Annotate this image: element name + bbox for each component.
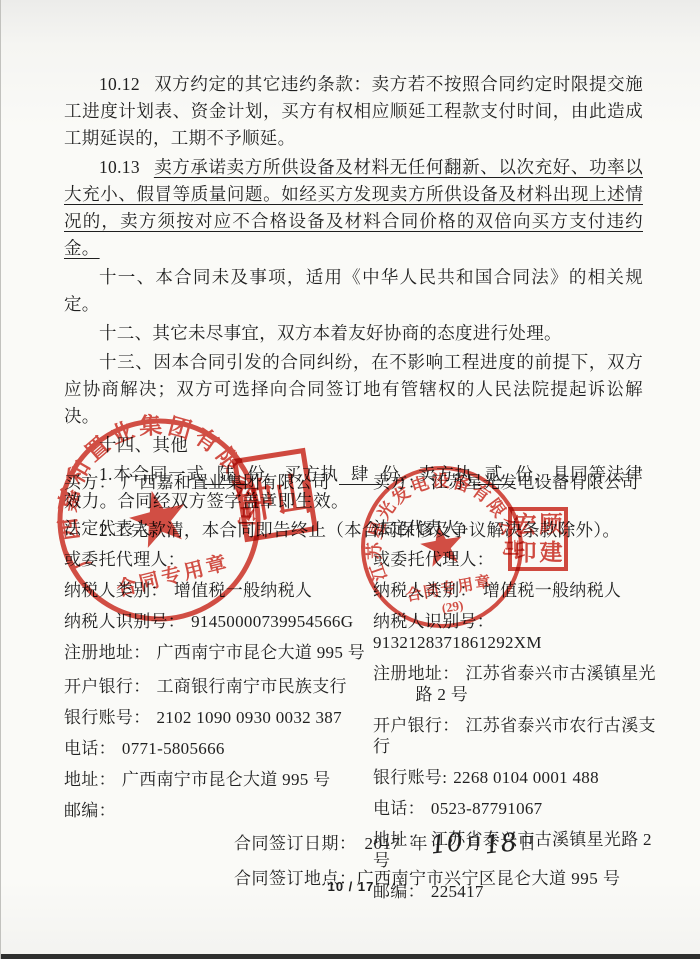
buyer-registered-address-row: 注册地址：广西南宁市昆仑大道 995 号 (64, 642, 373, 663)
seller-phone-row: 电话：0523-87791067 (373, 798, 663, 819)
field-label: 开户银行： (373, 716, 460, 735)
field-label: 银行账号： (64, 708, 151, 727)
field-label: 电话： (373, 799, 425, 818)
seal-char: 印 (512, 540, 538, 566)
buyer-phone-row: 电话：0771-5805666 (64, 738, 373, 759)
handwritten-day: 18 (483, 827, 519, 859)
seal-company-text: 江苏星光发电设备有限公司 (351, 458, 523, 585)
month-char: 月 (465, 834, 483, 853)
field-value: 广西南宁市昆仑大道 995 号 (157, 643, 366, 662)
buyer-bank-account: 2102 1090 0930 0032 387 (157, 708, 342, 727)
field-label: 注册地址： (373, 664, 460, 683)
seller-phone: 0523-87791067 (431, 799, 543, 818)
clause-10-13: 10.13卖方承诺卖方所供设备及材料无任何翻新、以次充好、功率以大充小、假冒等质… (64, 154, 643, 262)
clause-11: 十一、本合同未及事项，适用《中华人民共和国合同法》的相关规定。 (64, 264, 643, 318)
svg-text:江苏星光发电设备有限公司: 江苏星光发电设备有限公司 (351, 458, 523, 585)
seller-bank-account: 2268 0104 0001 488 (453, 768, 599, 787)
seal-star-icon (418, 522, 466, 568)
seller-name-seal: 宏 顾 印 建 (508, 507, 568, 571)
buyer-postcode-row: 邮编： (64, 800, 373, 821)
buyer-address-row: 地址：广西南宁市昆仑大道 995 号 (64, 769, 373, 790)
contract-page: 10.12双方约定的其它违约条款：卖方若不按照合同约定时限提交施工进度计划表、资… (0, 0, 700, 959)
buyer-bank-row: 开户银行：工商银行南宁市民族支行 (64, 676, 373, 697)
field-label: 银行账号: (373, 768, 447, 787)
field-value: 广西南宁市昆仑大道 995 号 (122, 770, 331, 789)
clause-number: 10.12 (99, 74, 140, 94)
seller-account-row: 银行账号:2268 0104 0001 488 (373, 767, 663, 788)
sign-date-line: 合同签订日期：2017年10月18日 (234, 826, 621, 855)
seal-char: 顾 (538, 512, 564, 538)
seal-char: 建 (538, 540, 564, 566)
buyer-phone: 0771-5805666 (122, 739, 225, 758)
clause-number: 10.13 (99, 157, 140, 177)
seller-bank-row: 开户银行：江苏省泰兴市农行古溪支行 (373, 715, 663, 757)
buyer-account-row: 银行账号：2102 1090 0930 0032 387 (64, 707, 373, 728)
seal-star-icon (124, 484, 192, 550)
clause-text: 双方约定的其它违约条款：卖方若不按照合同约定时限提交施工进度计划表、资金计划，买… (64, 74, 643, 148)
clause-12: 十二、其它未尽事宜，双方本着友好协商的态度进行处理。 (64, 320, 643, 347)
field-label: 开户银行： (64, 677, 151, 696)
day-char: 日 (519, 834, 537, 853)
field-value: 工商银行南宁市民族支行 (157, 677, 347, 696)
field-label: 地址： (64, 770, 116, 789)
sign-date-label: 合同签订日期： (234, 834, 357, 853)
sign-year: 2017 (365, 834, 401, 853)
seller-registered-address-row: 注册地址：江苏省泰兴市古溪镇星光路 2 号 (373, 663, 663, 705)
clause-text-underlined: 卖方承诺卖方所供设备及材料无任何翻新、以次充好、功率以大充小、假冒等质量问题。如… (64, 157, 643, 258)
page-number: 10 / 17 (1, 879, 700, 894)
seal-number-text: (29) (441, 597, 465, 616)
handwritten-month: 10 (429, 827, 465, 859)
field-label: 邮编： (64, 801, 116, 820)
buyer-name-seal: 钟 山 (232, 448, 318, 543)
year-char: 年 (411, 834, 429, 853)
seal-label-text: 合同专用章 (114, 550, 231, 601)
field-label: 注册地址： (64, 643, 151, 662)
field-label: 电话： (64, 739, 116, 758)
clause-10-12: 10.12双方约定的其它违约条款：卖方若不按照合同约定时限提交施工进度计划表、资… (64, 71, 643, 152)
seal-char: 宏 (512, 512, 538, 538)
